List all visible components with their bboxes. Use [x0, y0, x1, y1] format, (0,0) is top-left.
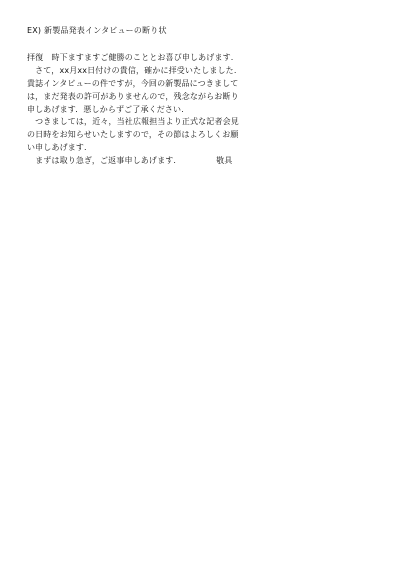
letter-line: つきましては，近々，当社広報担当より正式な記者会見 — [27, 116, 237, 129]
letter-line: 拝復 時下ますますご健勝のこととお喜び申しあげます. — [27, 52, 237, 65]
closing-signoff: 敬具 — [216, 155, 232, 168]
letter-line: い申しあげます. — [27, 142, 237, 155]
letter-closing-line: まずは取り急ぎ，ご返事申しあげます.敬具 — [27, 155, 237, 168]
letter-line: まずは取り急ぎ，ご返事申しあげます. — [27, 156, 176, 165]
letter-line: は，まだ発表の許可がありませんので，残念ながらお断り — [27, 91, 237, 104]
document-page: EX) 新製品発表インタビューの断り状 拝復 時下ますますご健勝のこととお喜び申… — [0, 0, 400, 565]
document-title: EX) 新製品発表インタビューの断り状 — [27, 26, 167, 36]
letter-line: 貴誌インタビューの件ですが，今回の新製品につきまして — [27, 78, 237, 91]
letter-line: の日時をお知らせいたしますので，その節はよろしくお願 — [27, 129, 237, 142]
letter-line: 申しあげます．悪しからずご了承ください. — [27, 104, 237, 117]
letter-body: 拝復 時下ますますご健勝のこととお喜び申しあげます. さて，xx月xx日付けの貴… — [27, 52, 237, 168]
letter-line: さて，xx月xx日付けの貴信，確かに拝受いたしました. — [27, 65, 237, 78]
